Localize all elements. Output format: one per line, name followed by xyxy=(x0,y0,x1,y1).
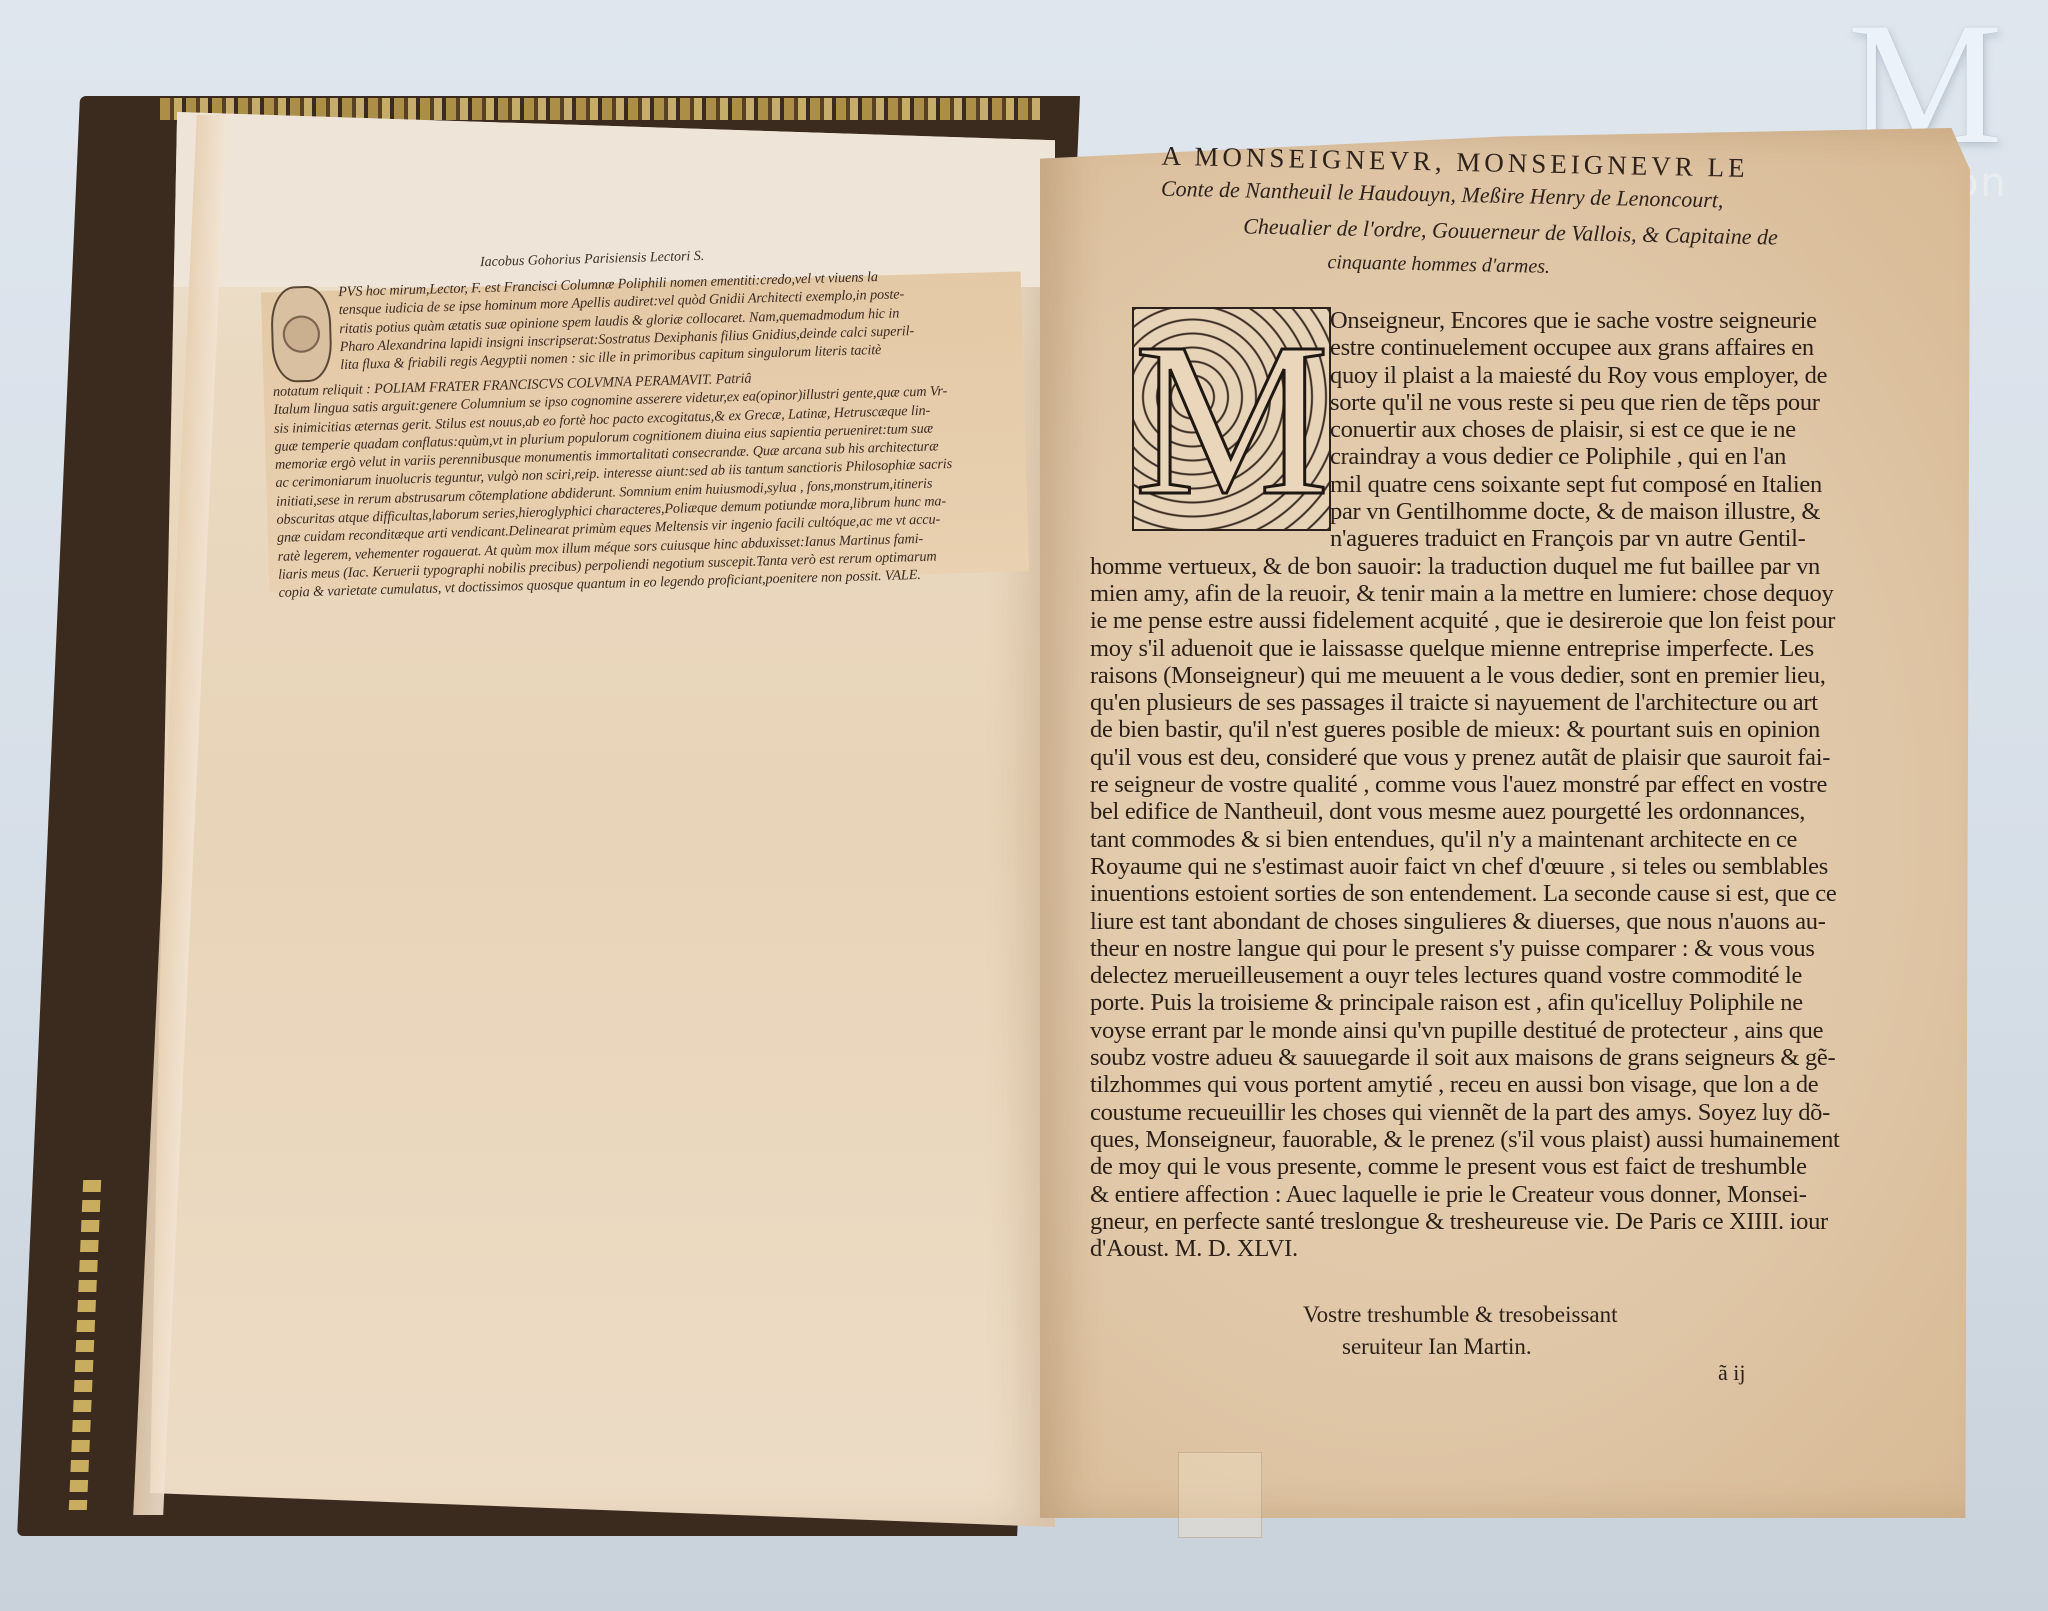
body-line: theur en nostre langue qui pour le prese… xyxy=(1090,935,1950,962)
ornamental-initial-o xyxy=(270,285,333,383)
body-line: delectez merueilleusement a ouyr teles l… xyxy=(1090,962,1950,989)
body-line: d'Aoust. M. D. XLVI. xyxy=(1090,1235,1950,1262)
body-line: voyse errant par le monde ainsi qu'vn pu… xyxy=(1090,1017,1950,1044)
body-line: qu'en plusieurs de ses passages il traic… xyxy=(1090,689,1950,716)
body-line: bel edifice de Nantheuil, dont vous mesm… xyxy=(1090,798,1950,825)
body-line: inuentions estoient sorties de son enten… xyxy=(1090,880,1950,907)
body-line: porte. Puis la troisieme & principale ra… xyxy=(1090,989,1950,1016)
body-line: ie me pense estre aussi fidelement acqui… xyxy=(1090,607,1950,634)
body-line: & entiere affection : Auec laquelle ie p… xyxy=(1090,1181,1950,1208)
body-line: de moy qui le vous presente, comme le pr… xyxy=(1090,1153,1950,1180)
signature-name: seruiteur Ian Martin. xyxy=(1342,1332,1532,1362)
signature-line: Vostre treshumble & tresobeissant xyxy=(1303,1300,1618,1330)
body-line: qu'il vous est deu, consideré que vous y… xyxy=(1090,744,1950,771)
body-line: tilzhommes qui vous portent amytié , rec… xyxy=(1090,1071,1950,1098)
paper-repair-patch xyxy=(1178,1452,1262,1538)
body-line: moy s'il aduenoit que ie laissasse quelq… xyxy=(1090,635,1950,662)
dedication-body: M Onseigneur, Encores que ie sache vostr… xyxy=(1090,307,1950,1262)
body-line: raisons (Monseigneur) qui me meuuent a l… xyxy=(1090,662,1950,689)
body-line: coustume recueuillir les choses qui vien… xyxy=(1090,1099,1950,1126)
body-line: liure est tant abondant de choses singul… xyxy=(1090,908,1950,935)
body-line: mien amy, afin de la reuoir, & tenir mai… xyxy=(1090,580,1950,607)
body-line: Royaume qui ne s'estimast auoir faict vn… xyxy=(1090,853,1950,880)
body-line: gneur, en perfecte santé treslongue & tr… xyxy=(1090,1208,1950,1235)
body-line: ques, Monseigneur, fauorable, & le prene… xyxy=(1090,1126,1950,1153)
ornamental-dropcap-m: M xyxy=(1132,307,1331,531)
latin-preface: PVS hoc mirum,Lector, F. est Francisci C… xyxy=(270,265,979,602)
body-line: tant commodes & si bien entendues, qu'il… xyxy=(1090,826,1950,853)
body-line: de bien bastir, qu'il n'est gueres posib… xyxy=(1090,716,1950,743)
body-line: re seigneur de vostre qualité , comme vo… xyxy=(1090,771,1950,798)
signature-mark: ã ij xyxy=(1718,1360,1746,1386)
heading-line: Cheualier de l'ordre, Gouuerneur de Vall… xyxy=(1243,213,1978,254)
body-line: soubz vostre adueu & sauuegarde il soit … xyxy=(1090,1044,1950,1071)
body-line: homme vertueux, & de bon sauoir: la trad… xyxy=(1090,553,1950,580)
dedication-heading: A MONSEIGNEVR, MONSEIGNEVR LE Conte de N… xyxy=(1127,140,1980,288)
